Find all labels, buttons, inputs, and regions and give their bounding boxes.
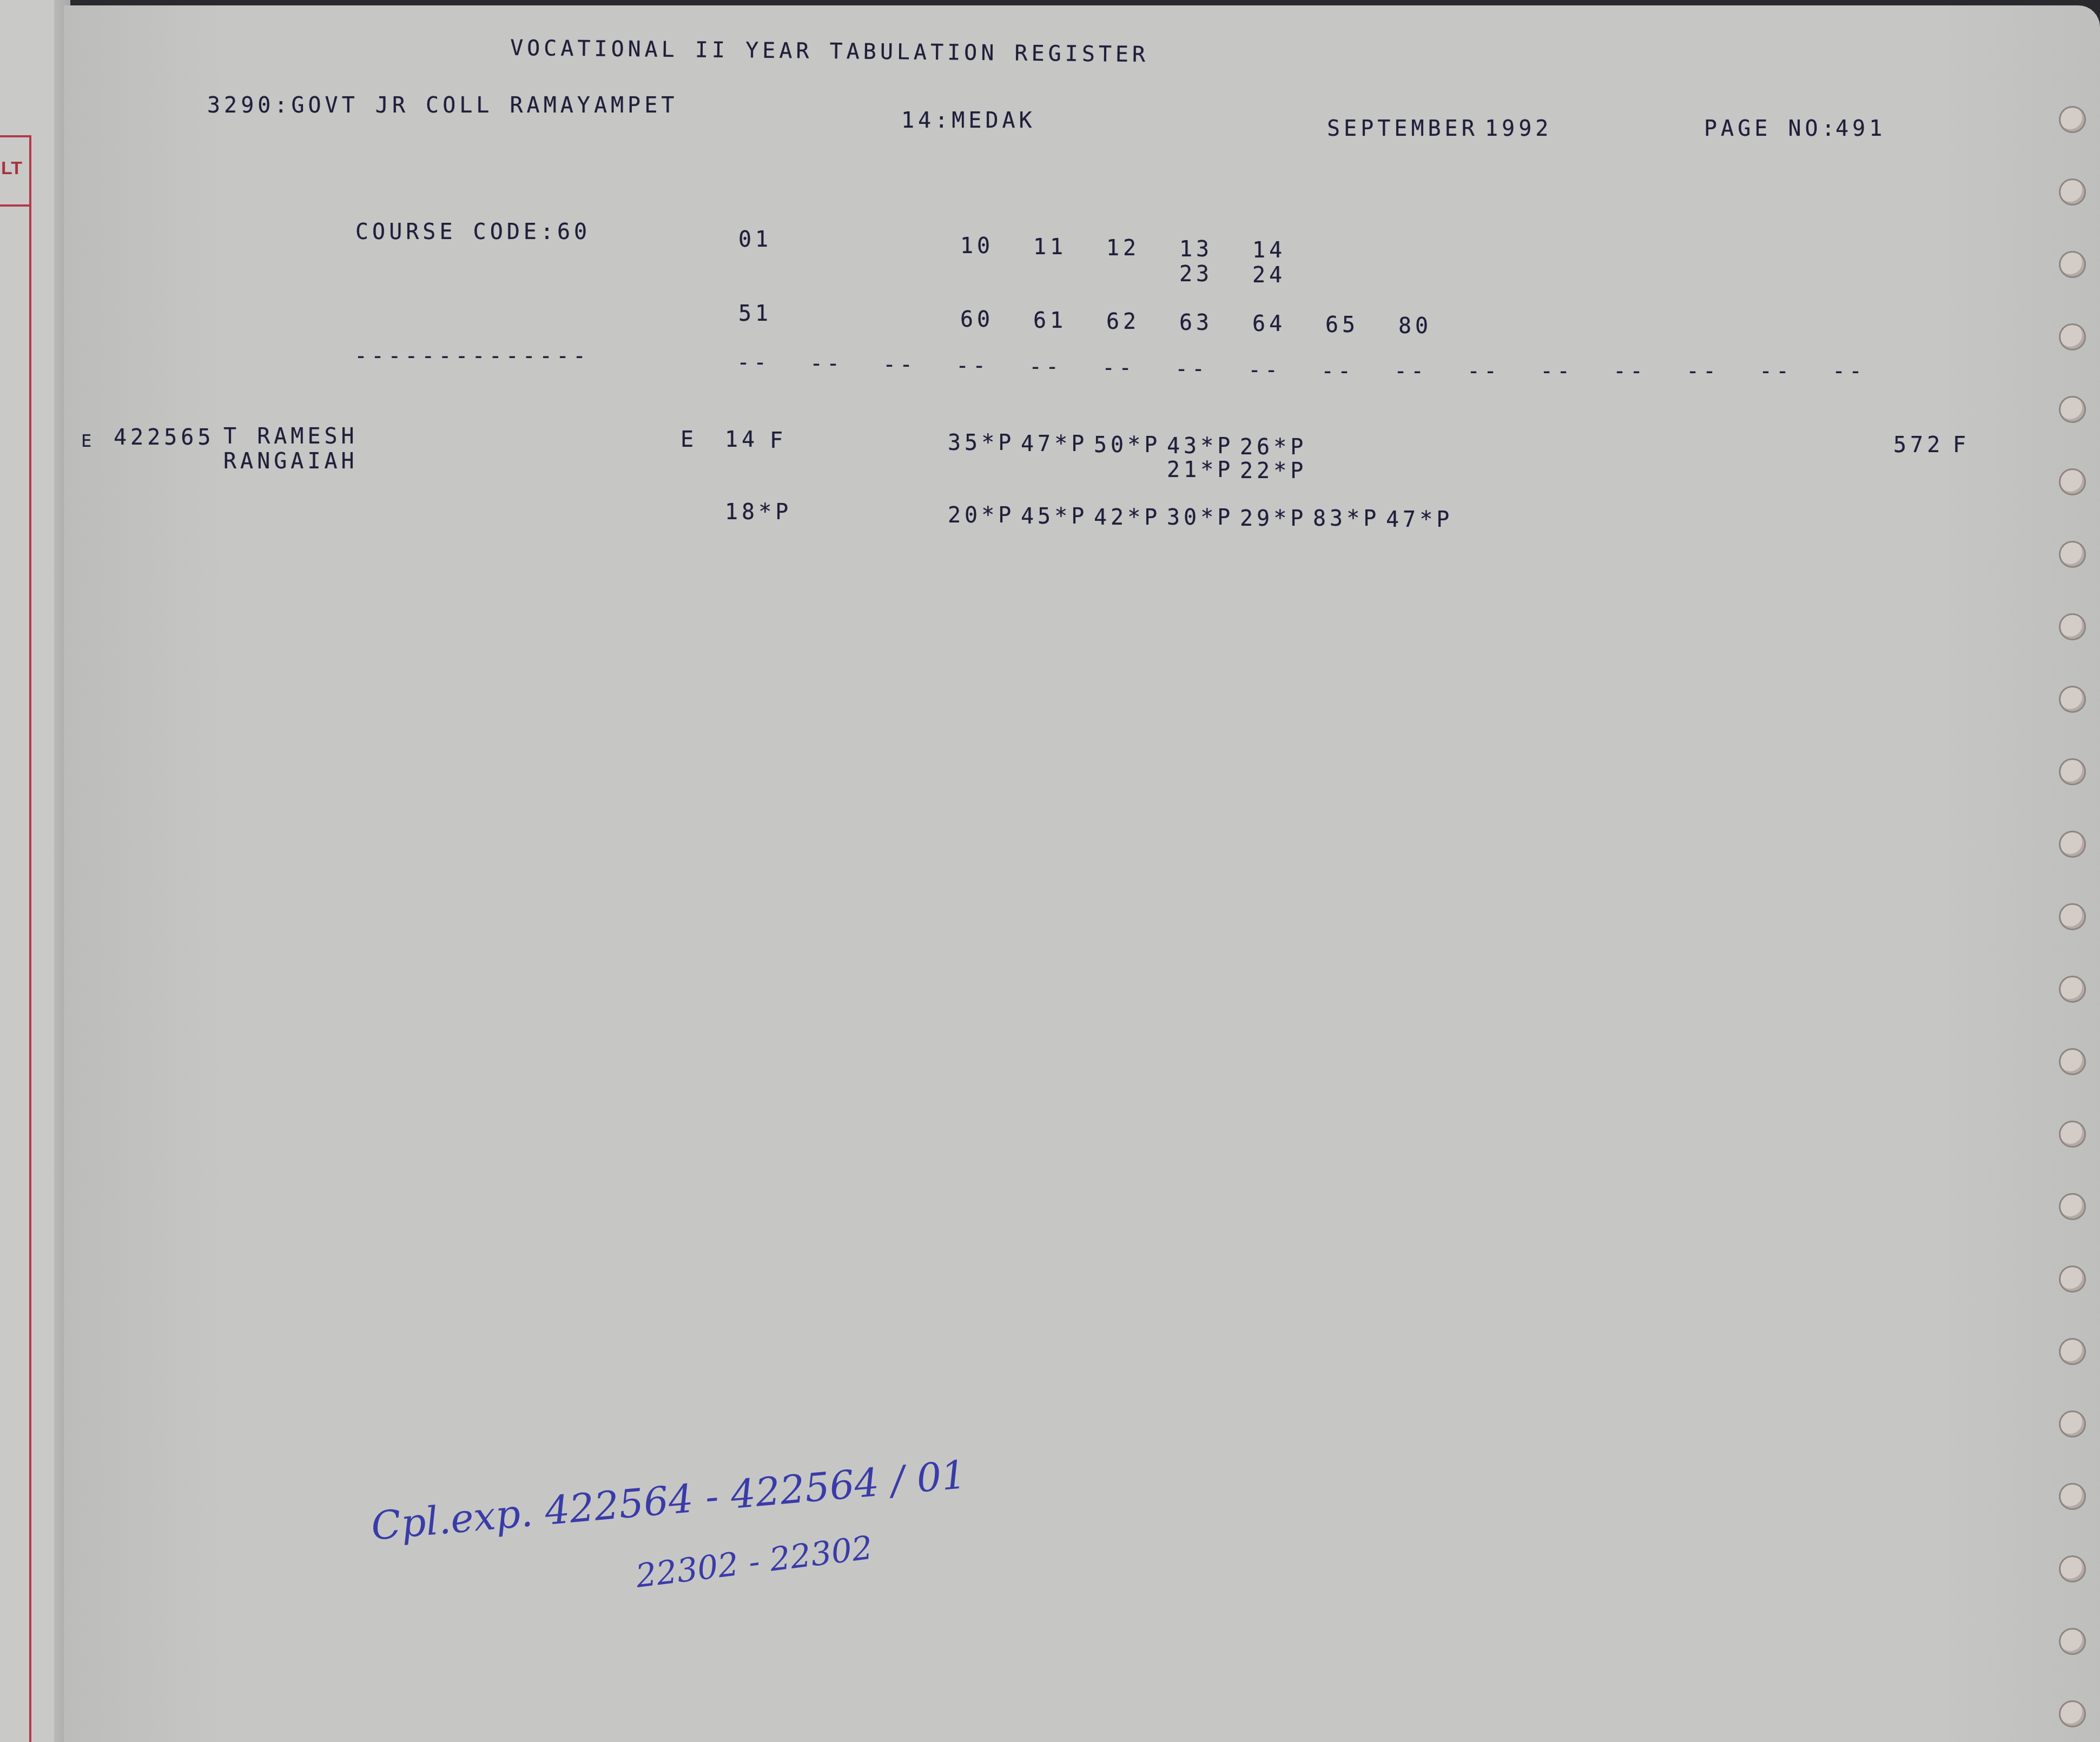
binder-hole [2059,831,2086,858]
mark-cell: 47*P [1386,507,1453,532]
binder-hole [2059,541,2086,568]
subject-code: 13 [1179,237,1213,262]
subject-code: 12 [1106,236,1140,261]
course-code: COURSE CODE:60 [355,220,591,244]
column-dash: -- [1029,355,1062,380]
binder-hole [2059,613,2086,640]
exam-year: 1992 [1485,116,1552,141]
red-box-bottom-rule [0,204,31,207]
mark-cell: 21*P [1167,458,1234,482]
binder-hole [2059,1555,2086,1582]
mark-cell: 29*P [1240,506,1307,531]
record-prefix: E [81,430,95,451]
binder-hole [2059,1483,2086,1510]
name-column-underline: -------------- [354,344,590,369]
subject-code: 14 [1252,238,1286,263]
binder-hole [2059,106,2086,133]
binder-hole [2059,686,2086,713]
binder-hole [2059,1266,2086,1293]
binder-hole [2059,1410,2086,1438]
subject-code: 24 [1252,263,1286,288]
subject-code: 60 [960,307,994,332]
red-margin-rule [29,135,31,1742]
page-number-label: PAGE NO: [1704,116,1839,141]
column-dash: -- [1321,359,1355,384]
column-dash: -- [956,354,989,379]
stamp-fragment: LT [1,158,22,179]
page-number: 491 [1835,116,1886,141]
mark-cell: 35*P [948,430,1015,455]
mark-cell: 18*P [725,500,792,525]
column-dash: -- [1832,359,1866,384]
total-marks: 572 [1893,433,1944,458]
hall-ticket-number: 422565 [114,425,215,450]
subject-code: 61 [1033,308,1067,333]
column-dash: -- [1467,359,1501,384]
column-dash: -- [1686,359,1720,384]
district-name: 14:MEDAK [901,108,1036,133]
binder-hole [2059,178,2086,206]
binder-hole [2059,468,2086,495]
binder-hole [2059,1338,2086,1365]
binder-hole [2059,251,2086,278]
subject-code: 65 [1325,313,1359,337]
column-dash: -- [1175,357,1209,382]
column-dash: -- [1248,358,1282,383]
subject-code: 64 [1252,312,1286,336]
binder-hole [2059,1628,2086,1655]
medium: E [681,427,697,452]
mark-cell: 47*P [1021,432,1088,456]
column-dash: -- [1759,359,1793,384]
column-dash: -- [883,353,916,377]
mark-cell: 83*P [1313,506,1380,531]
binder-hole [2059,323,2086,350]
father-name: RANGAIAH [223,449,358,474]
exam-month: SEPTEMBER [1327,116,1478,141]
binder-hole [2059,1700,2086,1727]
subject-code: 80 [1398,314,1432,339]
mark-cell: 43*P [1167,434,1234,459]
red-box-top-rule [0,135,31,137]
binder-hole [2059,1048,2086,1075]
binder-hole [2059,1193,2086,1220]
column-dash: -- [810,352,843,376]
age: 14 [725,427,758,452]
binder-hole [2059,976,2086,1003]
subject-code: 01 [738,227,772,252]
subject-code: 51 [738,301,772,326]
mark-cell: 20*P [948,503,1015,528]
subject-code: 11 [1033,235,1067,260]
column-dash: -- [1394,359,1428,384]
subject-code: 23 [1179,262,1213,287]
column-dash: -- [1613,359,1647,384]
result: F [1953,433,1970,458]
column-dash: -- [1540,359,1574,384]
column-dash: -- [737,350,770,375]
register-sheet [64,5,2100,1742]
binder-hole [2059,903,2086,930]
college-name: 3290:GOVT JR COLL RAMAYAMPET [207,93,678,118]
mark-cell: 26*P [1240,435,1307,460]
mark-cell: 50*P [1094,433,1161,458]
subject-code: 63 [1179,310,1213,335]
binder-hole [2059,1121,2086,1148]
binder-hole [2059,396,2086,423]
subject-code: 10 [960,234,994,259]
sex: F [770,428,787,453]
mark-cell: 42*P [1094,505,1161,530]
column-dash: -- [1102,356,1135,381]
mark-cell: 22*P [1240,459,1307,483]
binder-hole [2059,758,2086,785]
subject-code: 62 [1106,309,1140,334]
mark-cell: 30*P [1167,505,1234,530]
student-name: T RAMESH [223,424,358,449]
mark-cell: 45*P [1021,504,1088,529]
